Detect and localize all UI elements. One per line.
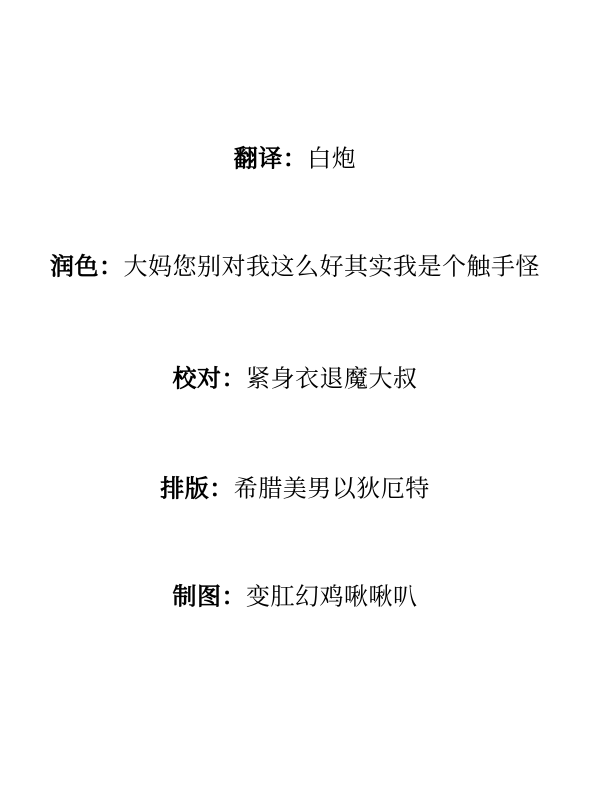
credit-role-label: 校对： [173,366,247,393]
credit-line-polisher: 润色：大妈您别对我这么好其实我是个触手怪 [0,254,590,283]
credit-role-label: 制图： [173,584,247,611]
credit-name: 紧身衣退魔大叔 [246,367,418,393]
credit-name: 大妈您别对我这么好其实我是个触手怪 [124,255,541,281]
credit-line-redrawer: 制图：变肛幻鸡啾啾叭 [0,584,590,613]
credit-role-label: 翻译： [234,146,308,173]
credit-line-typesetter: 排版：希腊美男以狄厄特 [0,476,590,505]
credits-page: 翻译：白炮 润色：大妈您别对我这么好其实我是个触手怪 校对：紧身衣退魔大叔 排版… [0,0,590,793]
credit-name: 白炮 [307,147,356,173]
credit-line-proofreader: 校对：紧身衣退魔大叔 [0,366,590,395]
credit-role-label: 排版： [160,476,234,503]
credit-name: 希腊美男以狄厄特 [234,477,430,503]
credit-line-translator: 翻译：白炮 [0,146,590,175]
credit-role-label: 润色： [50,254,124,281]
credit-name: 变肛幻鸡啾啾叭 [246,585,418,611]
